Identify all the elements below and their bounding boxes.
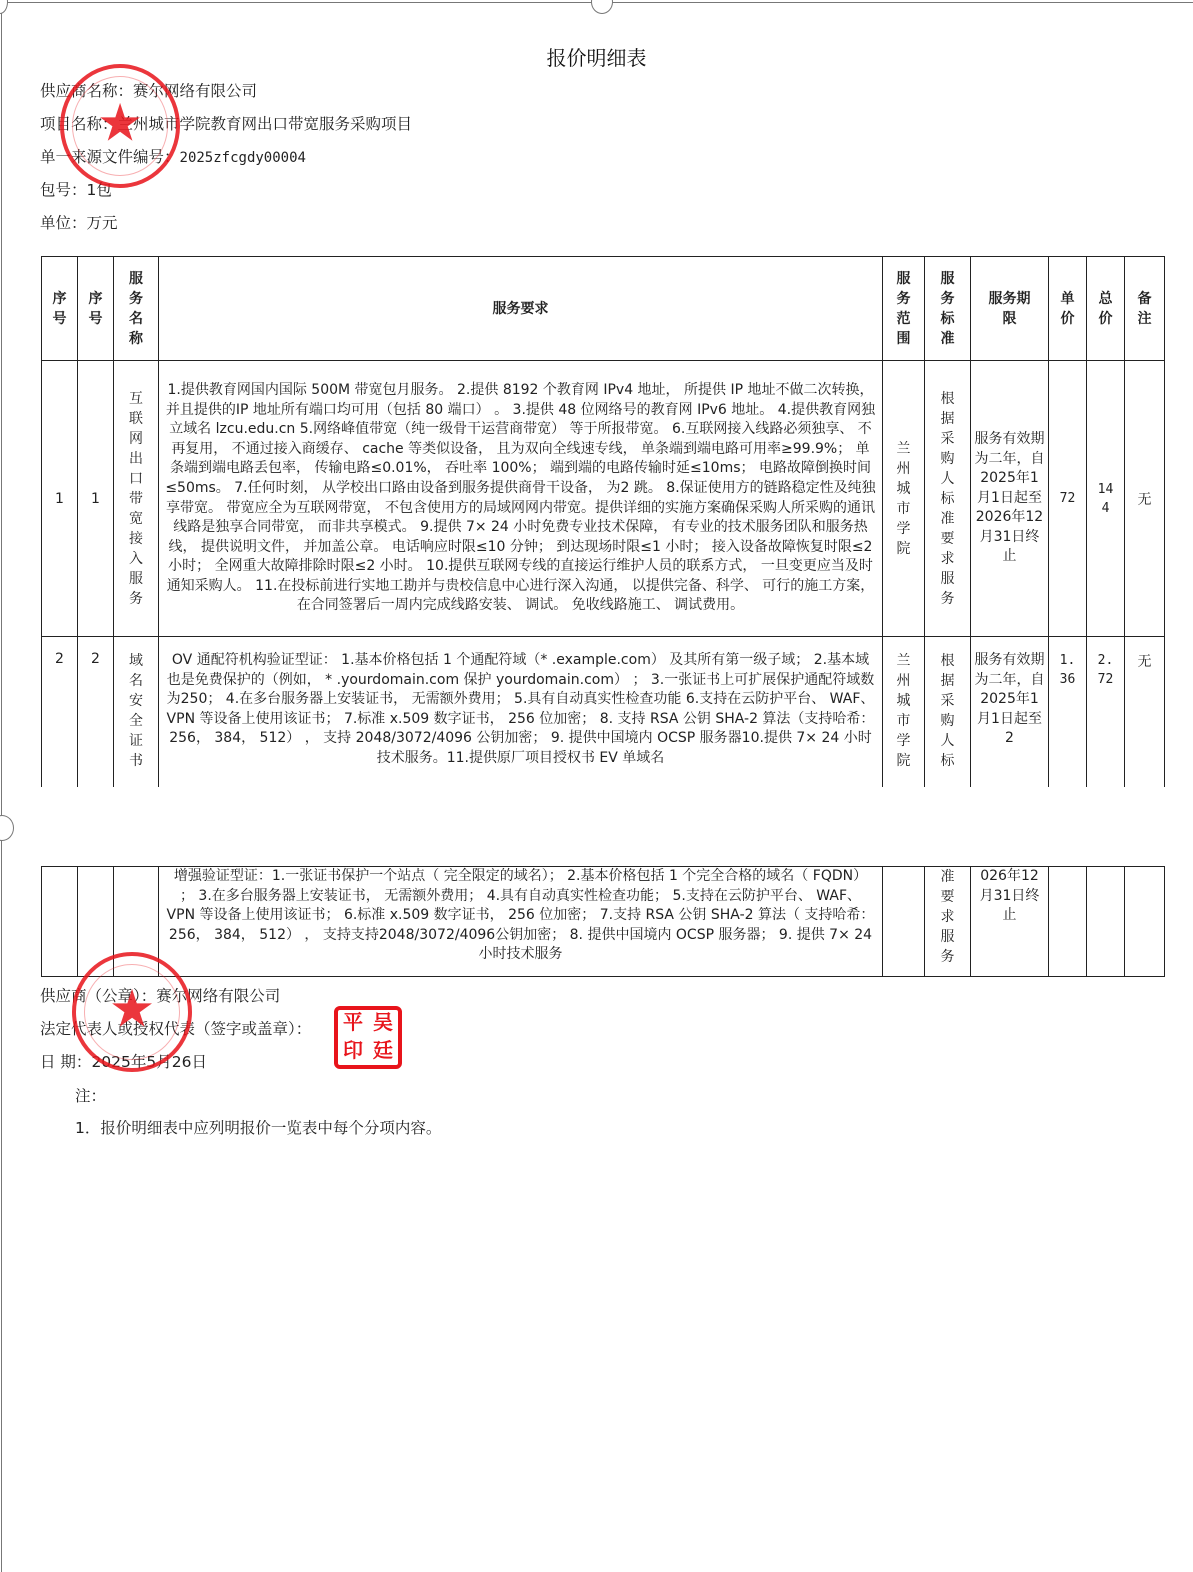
package-line: 包号：1包 — [40, 178, 112, 200]
file-no: 2025zfcgdy00004 — [180, 150, 306, 166]
row1-scope: 兰州城市学院 — [883, 361, 925, 637]
row2-unit-price-cont — [1049, 867, 1087, 977]
row2-requirements-part1: OV 通配符机构验证型证： 1.基本价格包括 1 个通配符域（* .exampl… — [159, 637, 883, 787]
row2-scope-cont — [883, 867, 925, 977]
supplier-name-label: 供应商名称： — [40, 82, 133, 100]
note-label: 注： — [75, 1084, 106, 1106]
representative-line: 法定代表人或授权代表（签字或盖章）： — [40, 1017, 311, 1039]
row2-period-part1: 服务有效期为二年，自2025年1月1日起至2 — [971, 637, 1049, 787]
row1-requirements: 1.提供教育网国内国际 500M 带宽包月服务。 2.提供 8192 个教育网 … — [159, 361, 883, 637]
header-seq1: 序号 — [42, 257, 78, 361]
quote-table: 序号 序号 服务名称 服务要求 服务范围 服务标准 服务期限 单价 总价 备注 … — [41, 256, 1165, 787]
file-no-line: 单一来源文件编号：2025zfcgdy00004 — [40, 145, 306, 167]
project-name: 兰州城市学院教育网出口带宽服务采购项目 — [118, 115, 413, 133]
row2-service-name: 域名安全证书 — [114, 637, 159, 787]
header-remarks: 备注 — [1125, 257, 1165, 361]
row1-seq2: 1 — [78, 361, 114, 637]
unit-line: 单位：万元 — [40, 211, 118, 233]
row1-service-name: 互联网出口带宽接入服务 — [114, 361, 159, 637]
row2-standard-part2: 准要求服务 — [925, 867, 971, 977]
row2-seq1-cont — [42, 867, 78, 977]
page-break-handle — [0, 815, 14, 841]
header-service-name: 服务名称 — [114, 257, 159, 361]
date-line: 日 期：2025年5月26日 — [40, 1050, 207, 1072]
project-name-label: 项目名称： — [40, 115, 118, 133]
package-label: 包号： — [40, 181, 87, 199]
quote-table-continued: 增强验证型证：1.一张证书保护一个站点（ 完全限定的域名）； 2.基本价格包括 … — [41, 866, 1165, 977]
supplier-seal-value: 赛尔网络有限公司 — [156, 987, 280, 1005]
supplier-seal-line: 供应商（公章）：赛尔网络有限公司 — [40, 984, 280, 1006]
row2-standard-part1: 根据采购人标 — [925, 637, 971, 787]
supplier-name: 赛尔网络有限公司 — [133, 82, 257, 100]
row2-requirements-part2: 增强验证型证：1.一张证书保护一个站点（ 完全限定的域名）； 2.基本价格包括 … — [159, 867, 883, 977]
package-value: 1包 — [87, 181, 112, 199]
row2-unit-price: 1.36 — [1049, 637, 1087, 787]
unit-value: 万元 — [87, 214, 118, 232]
row1-unit-price: 72 — [1049, 361, 1087, 637]
header-standard: 服务标准 — [925, 257, 971, 361]
row2-remarks: 无 — [1125, 637, 1165, 787]
row1-standard: 根据采购人标准要求服务 — [925, 361, 971, 637]
unit-label: 单位： — [40, 214, 87, 232]
row2-scope: 兰州城市学院 — [883, 637, 925, 787]
project-name-line: 项目名称：兰州城市学院教育网出口带宽服务采购项目 — [40, 112, 412, 134]
file-no-label: 单一来源文件编号： — [40, 148, 180, 166]
row1-total-price: 144 — [1087, 361, 1125, 637]
row2-total-price: 2.72 — [1087, 637, 1125, 787]
header-requirements: 服务要求 — [159, 257, 883, 361]
header-scope: 服务范围 — [883, 257, 925, 361]
document-title: 报价明细表 — [0, 42, 1193, 71]
date-label: 日 期： — [40, 1053, 91, 1071]
table-row: 1 1 互联网出口带宽接入服务 1.提供教育网国内国际 500M 带宽包月服务。… — [42, 361, 1165, 637]
row2-seq2: 2 — [78, 637, 114, 787]
row1-period: 服务有效期为二年，自2025年1月1日起至2026年12月31日终止 — [971, 361, 1049, 637]
row2-total-price-cont — [1087, 867, 1125, 977]
row1-remarks: 无 — [1125, 361, 1165, 637]
header-unit-price: 单价 — [1049, 257, 1087, 361]
page-top-handle — [591, 0, 613, 14]
supplier-name-line: 供应商名称：赛尔网络有限公司 — [40, 79, 257, 101]
page-border-left — [1, 10, 2, 1572]
table-row-continued: 增强验证型证：1.一张证书保护一个站点（ 完全限定的域名）； 2.基本价格包括 … — [42, 867, 1165, 977]
header-total-price: 总价 — [1087, 257, 1125, 361]
supplier-seal-label: 供应商（公章）： — [40, 987, 156, 1005]
row2-service-name-cont — [114, 867, 159, 977]
table-row: 2 2 域名安全证书 OV 通配符机构验证型证： 1.基本价格包括 1 个通配符… — [42, 637, 1165, 787]
row2-period-part2: 026年12月31日终止 — [971, 867, 1049, 977]
row2-seq1: 2 — [42, 637, 78, 787]
row2-seq2-cont — [78, 867, 114, 977]
date-value: 2025年5月26日 — [91, 1053, 207, 1071]
row1-seq1: 1 — [42, 361, 78, 637]
note-item-1: 1．报价明细表中应列明报价一览表中每个分项内容。 — [75, 1116, 441, 1138]
table-header-row: 序号 序号 服务名称 服务要求 服务范围 服务标准 服务期限 单价 总价 备注 — [42, 257, 1165, 361]
page-corner-handle — [0, 0, 8, 14]
personal-seal: 平吴 印廷 — [334, 1006, 402, 1069]
row2-remarks-cont — [1125, 867, 1165, 977]
header-period: 服务期限 — [971, 257, 1049, 361]
header-seq2: 序号 — [78, 257, 114, 361]
